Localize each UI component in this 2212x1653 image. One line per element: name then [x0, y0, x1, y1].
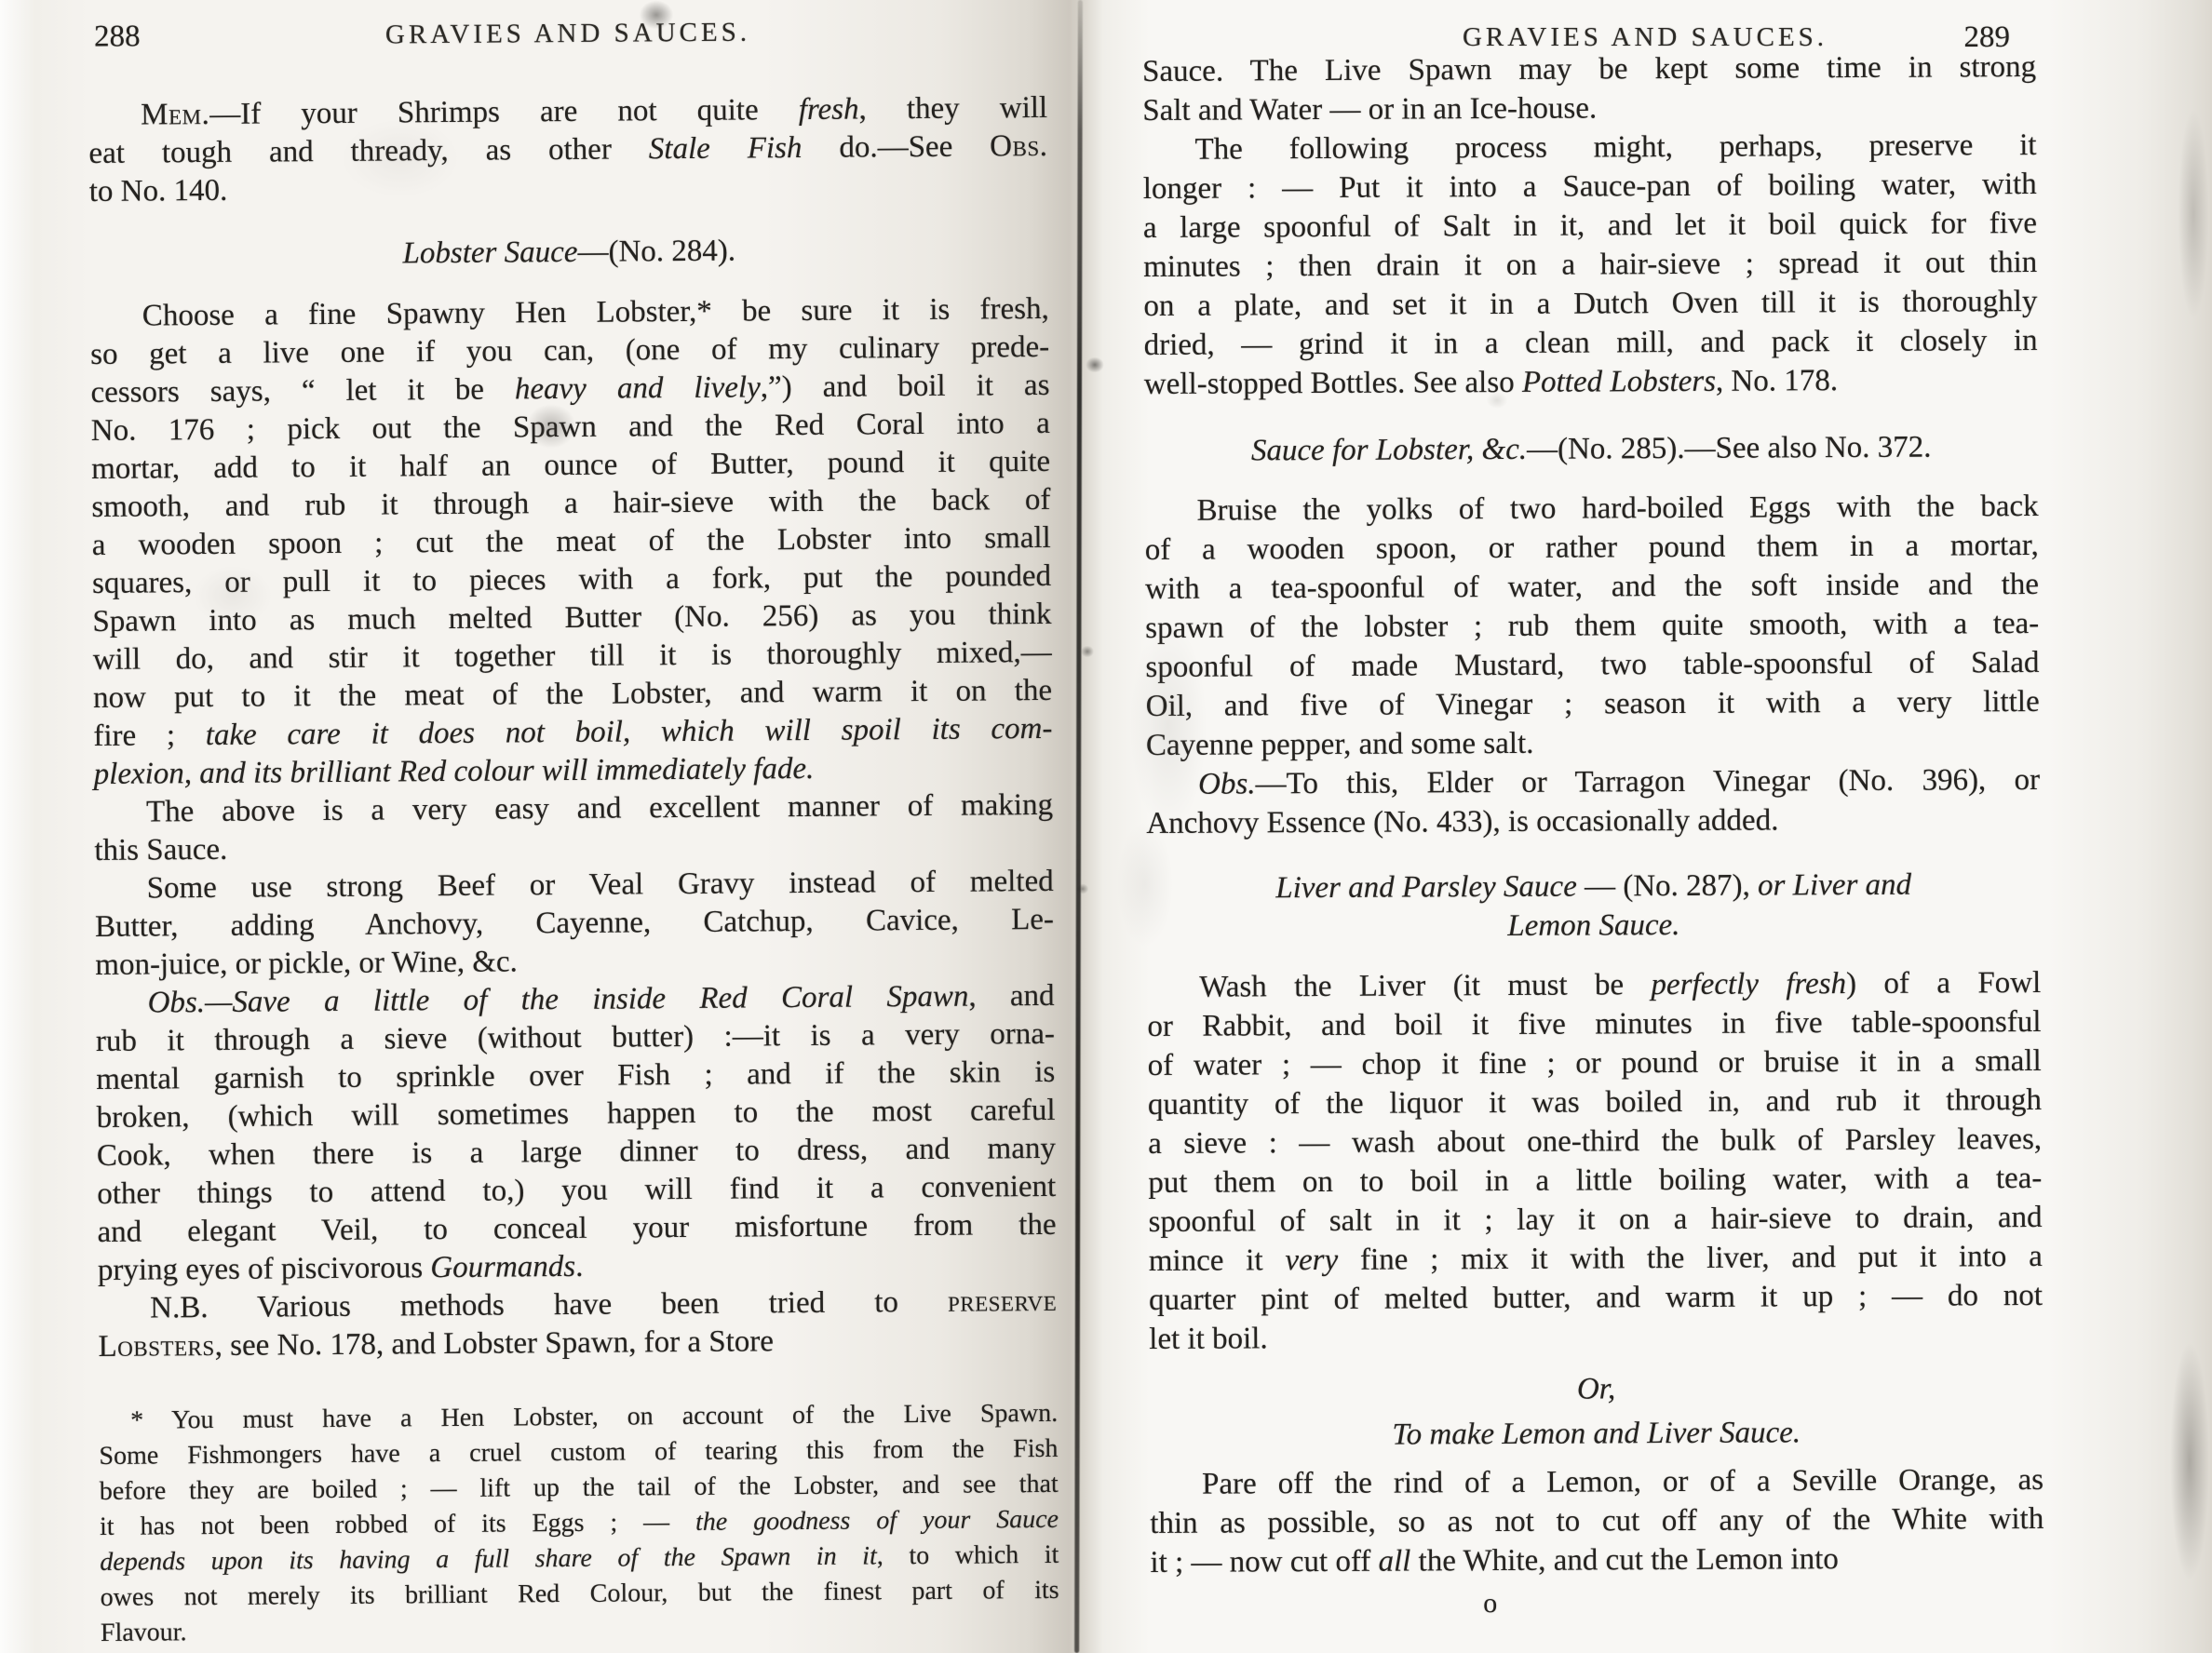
page-left: 288 GRAVIES AND SAUCES. Mem.—If your Shr…	[88, 0, 1047, 1653]
text-line: to No. 140.	[89, 166, 1048, 211]
text-line: longer : — Put it into a Sauce-pan of bo…	[1143, 165, 2037, 208]
text-line: on a plate, and set it in a Dutch Oven t…	[1143, 282, 2037, 326]
text-line: Cayenne pepper, and some salt.	[1146, 721, 2040, 765]
paragraph-pare-rind: Pare off the rind of a Lemon, or of a Se…	[1150, 1460, 2044, 1582]
text-line: Lemon Sauce.	[1147, 904, 2041, 947]
text-line: Liver and Parsley Sauce — (No. 287), or …	[1147, 865, 2041, 908]
text-line: of water ; — chop it fine ; or pound or …	[1148, 1042, 2042, 1085]
page-right-content: Sauce. The Live Spawn may be kept some t…	[1142, 47, 2044, 1621]
text-line: Sauce. The Live Spawn may be kept some t…	[1142, 47, 2036, 91]
heading-or: Or,	[1149, 1367, 2043, 1411]
paragraph-obs-save: Obs.—Save a little of the inside Red Cor…	[95, 977, 1057, 1290]
text-line: Salt and Water — or in an Ice-house.	[1142, 87, 2036, 130]
text-line: quarter pint of melted butter, and warm …	[1149, 1276, 2043, 1320]
text-line: Butter, adding Anchovy, Cayenne, Catchup…	[95, 901, 1054, 947]
text-line: minutes ; then drain it on a hair-sieve …	[1143, 243, 2037, 287]
text-line: quantity of the liquor it was boiled in,…	[1148, 1081, 2042, 1124]
text-line: mince it very fine ; mix it with the liv…	[1149, 1237, 2043, 1281]
text-line: Pare off the rind of a Lemon, or of a Se…	[1150, 1460, 2043, 1504]
text-line: dried, — grind it in a clean mill, and p…	[1144, 321, 2038, 365]
text-line: To make Lemon and Liver Sauce.	[1150, 1412, 2043, 1456]
recipe-heading-sauce-for-lobster: Sauce for Lobster, &c.—(No. 285).—See al…	[1144, 427, 2038, 471]
page-right: GRAVIES AND SAUCES. 289 Sauce. The Live …	[1142, 0, 2036, 1653]
text-line: Sauce for Lobster, &c.—(No. 285).—See al…	[1144, 427, 2038, 471]
recipe-heading-lemon-liver: To make Lemon and Liver Sauce.	[1150, 1412, 2043, 1456]
text-line: or Rabbit, and boil it five minutes in f…	[1147, 1002, 2041, 1046]
text-line: eat tough and thready, as other Stale Fi…	[88, 128, 1047, 173]
paragraph-wash-liver: Wash the Liver (it must be perfectly fre…	[1147, 963, 2043, 1359]
running-title-left: GRAVIES AND SAUCES.	[88, 15, 1047, 52]
text-line: Anchovy Essence (No. 433), is occasional…	[1146, 800, 2040, 843]
text-line: with a tea-spoonful of water, and the so…	[1145, 565, 2039, 609]
mem-note-paragraph: Mem.—If your Shrimps are not quite fresh…	[88, 89, 1048, 211]
text-line: spoonful of salt in it ; lay it on a hai…	[1148, 1198, 2042, 1242]
text-line: The above is a very easy and excellent m…	[94, 786, 1053, 832]
text-line: a large spoonful of Salt in it, and let …	[1143, 204, 2037, 248]
text-line: Wash the Liver (it must be perfectly fre…	[1147, 963, 2041, 1007]
book-gutter-shadow	[1074, 0, 1083, 1653]
paragraph-some-use: Some use strong Beef or Veal Gravy inste…	[95, 863, 1055, 985]
text-line: well-stopped Bottles. See also Potted Lo…	[1144, 360, 2038, 404]
text-line: of a wooden spoon, or rather pound them …	[1145, 526, 2039, 570]
paragraph-nb-preserve: N.B. Various methods have been tried to …	[98, 1283, 1058, 1366]
recipe-heading-lobster-sauce: Lobster Sauce—(No. 284).	[89, 230, 1048, 275]
text-line: thin as possible, so as not to cut off a…	[1150, 1499, 2043, 1543]
text-line: a sieve : — wash about one-third the bul…	[1148, 1120, 2042, 1163]
text-line: spawn of the lobster ; rub them quite sm…	[1145, 604, 2039, 648]
paragraph-obs-vinegar: Obs.—To this, Elder or Tarragon Vinegar …	[1146, 760, 2040, 843]
paragraph-choose-lobster: Choose a fine Spawny Hen Lobster,* be su…	[90, 290, 1053, 794]
text-line: spoonful of made Mustard, two table-spoo…	[1145, 643, 2039, 687]
paragraph-the-above: The above is a very easy and excellent m…	[94, 786, 1054, 870]
text-line: Oil, and five of Vinegar ; season it wit…	[1146, 682, 2040, 726]
text-line: and elegant Veil, to conceal your misfor…	[97, 1206, 1056, 1252]
recipe-heading-liver-parsley: Liver and Parsley Sauce — (No. 287), or …	[1147, 865, 2041, 947]
page-left-content: Mem.—If your Shrimps are not quite fresh…	[88, 89, 1059, 1651]
paragraph-spawn-keeping: Sauce. The Live Spawn may be kept some t…	[1142, 47, 2036, 130]
text-line: it ; — now cut off all the White, and cu…	[1150, 1539, 2043, 1582]
text-line: Lobster Sauce—(No. 284).	[89, 230, 1048, 275]
text-line: Obs.—To this, Elder or Tarragon Vinegar …	[1146, 760, 2040, 804]
paragraph-bruise-yolks: Bruise the yolks of two hard-boiled Eggs…	[1144, 487, 2040, 765]
page-number-left: 288	[94, 20, 141, 54]
text-line: fire ; take care it does not boil, which…	[93, 710, 1052, 756]
text-line: Bruise the yolks of two hard-boiled Eggs…	[1144, 487, 2038, 531]
text-line: Or,	[1149, 1367, 2043, 1411]
text-line: Lobsters, see No. 178, and Lobster Spawn…	[98, 1321, 1057, 1366]
text-line: Flavour.	[101, 1608, 1059, 1651]
text-line: put them on to boil in a little boiling …	[1148, 1159, 2042, 1203]
footnote-hen-lobster: * You must have a Hen Lobster, on accoun…	[99, 1396, 1059, 1651]
text-line: N.B. Various methods have been tried to …	[98, 1283, 1057, 1328]
signature-mark: o	[1044, 1586, 1937, 1622]
book-scan: 288 GRAVIES AND SAUCES. Mem.—If your Shr…	[0, 0, 2212, 1653]
text-line: let it boil.	[1149, 1315, 2043, 1359]
page-left-header: 288 GRAVIES AND SAUCES.	[88, 15, 1047, 52]
paragraph-preserving-process: The following process might, perhaps, pr…	[1142, 126, 2038, 404]
text-line: The following process might, perhaps, pr…	[1142, 126, 2036, 169]
text-line: owes not merely its brilliant Red Colour…	[101, 1573, 1059, 1616]
